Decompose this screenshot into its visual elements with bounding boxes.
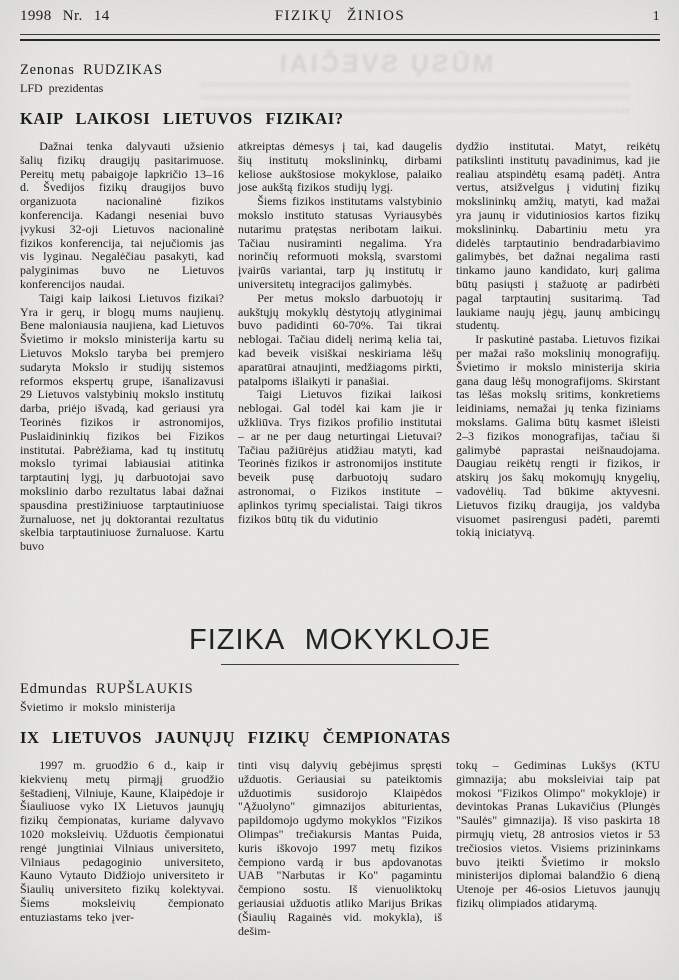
paragraph: atkreiptas dėmesys į tai, kad daugelis š… bbox=[238, 140, 442, 195]
article2-author-role: Švietimo ir mokslo ministerija bbox=[20, 700, 660, 715]
page-number: 1 bbox=[490, 9, 660, 25]
page-content: 1998 Nr. 14 FIZIKŲ ŽINIOS 1 Zenonas RUDZ… bbox=[0, 0, 679, 938]
scanned-journal-page: { "colors": { "paper": "#e9e8e4", "ink":… bbox=[0, 0, 679, 980]
section-heading-block: FIZIKA MOKYKLOJE bbox=[20, 624, 660, 665]
section-title-underline bbox=[221, 664, 459, 665]
article1-column-2: atkreiptas dėmesys į tai, kad daugelis š… bbox=[238, 140, 442, 610]
article1-column-1: Dažnai tenka dalyvauti užsienio šalių fi… bbox=[20, 140, 224, 610]
article2-author-block: Edmundas RUPŠLAUKIS Švietimo ir mokslo m… bbox=[20, 681, 660, 715]
paragraph: Dažnai tenka dalyvauti užsienio šalių fi… bbox=[20, 140, 224, 292]
section-title: FIZIKA MOKYKLOJE bbox=[20, 624, 660, 657]
article2-columns: 1997 m. gruodžio 6 d., kaip ir kiekvienų… bbox=[20, 759, 660, 938]
article-1: Zenonas RUDZIKAS LFD prezidentas KAIP LA… bbox=[20, 62, 660, 610]
article1-author-role: LFD prezidentas bbox=[20, 81, 660, 96]
article-2: Edmundas RUPŠLAUKIS Švietimo ir mokslo m… bbox=[20, 681, 660, 938]
masthead-rule bbox=[20, 34, 660, 41]
paragraph: tokų – Gediminas Lukšys (KTU gimnazija; … bbox=[456, 759, 660, 911]
paragraph: Ir paskutinė pastaba. Lietuvos fizikai p… bbox=[456, 333, 660, 540]
masthead: 1998 Nr. 14 FIZIKŲ ŽINIOS 1 bbox=[20, 8, 660, 25]
paragraph: dydžio institutai. Matyt, reikėtų patiks… bbox=[456, 140, 660, 333]
article1-author-name: Zenonas RUDZIKAS bbox=[20, 62, 660, 79]
article1-column-3: dydžio institutai. Matyt, reikėtų patiks… bbox=[456, 140, 660, 610]
article1-author-block: Zenonas RUDZIKAS LFD prezidentas bbox=[20, 62, 660, 96]
article1-title: KAIP LAIKOSI LIETUVOS FIZIKAI? bbox=[20, 109, 660, 129]
article2-author-name: Edmundas RUPŠLAUKIS bbox=[20, 681, 660, 698]
paragraph: Per metus mokslo darbuotojų ir aukštųjų … bbox=[238, 292, 442, 389]
paragraph: Taigi kaip laikosi Lietuvos fizikai? Yra… bbox=[20, 292, 224, 554]
article1-columns: Dažnai tenka dalyvauti užsienio šalių fi… bbox=[20, 140, 660, 610]
paragraph: Šiems fizikos institutams valstybinio mo… bbox=[238, 195, 442, 292]
article2-column-1: 1997 m. gruodžio 6 d., kaip ir kiekvienų… bbox=[20, 759, 224, 938]
article2-column-2: tinti visų dalyvių gebėjimus spręsti užd… bbox=[238, 759, 442, 938]
paragraph: 1997 m. gruodžio 6 d., kaip ir kiekvienų… bbox=[20, 759, 224, 925]
article2-column-3: tokų – Gediminas Lukšys (KTU gimnazija; … bbox=[456, 759, 660, 938]
issue-number: 1998 Nr. 14 bbox=[20, 8, 190, 25]
paragraph: tinti visų dalyvių gebėjimus spręsti užd… bbox=[238, 759, 442, 938]
journal-title: FIZIKŲ ŽINIOS bbox=[190, 8, 490, 25]
article2-title: IX LIETUVOS JAUNŲJŲ FIZIKŲ ČEMPIONATAS bbox=[20, 728, 660, 748]
paragraph: Taigi Lietuvos fizikai laikosi neblogai.… bbox=[238, 388, 442, 526]
